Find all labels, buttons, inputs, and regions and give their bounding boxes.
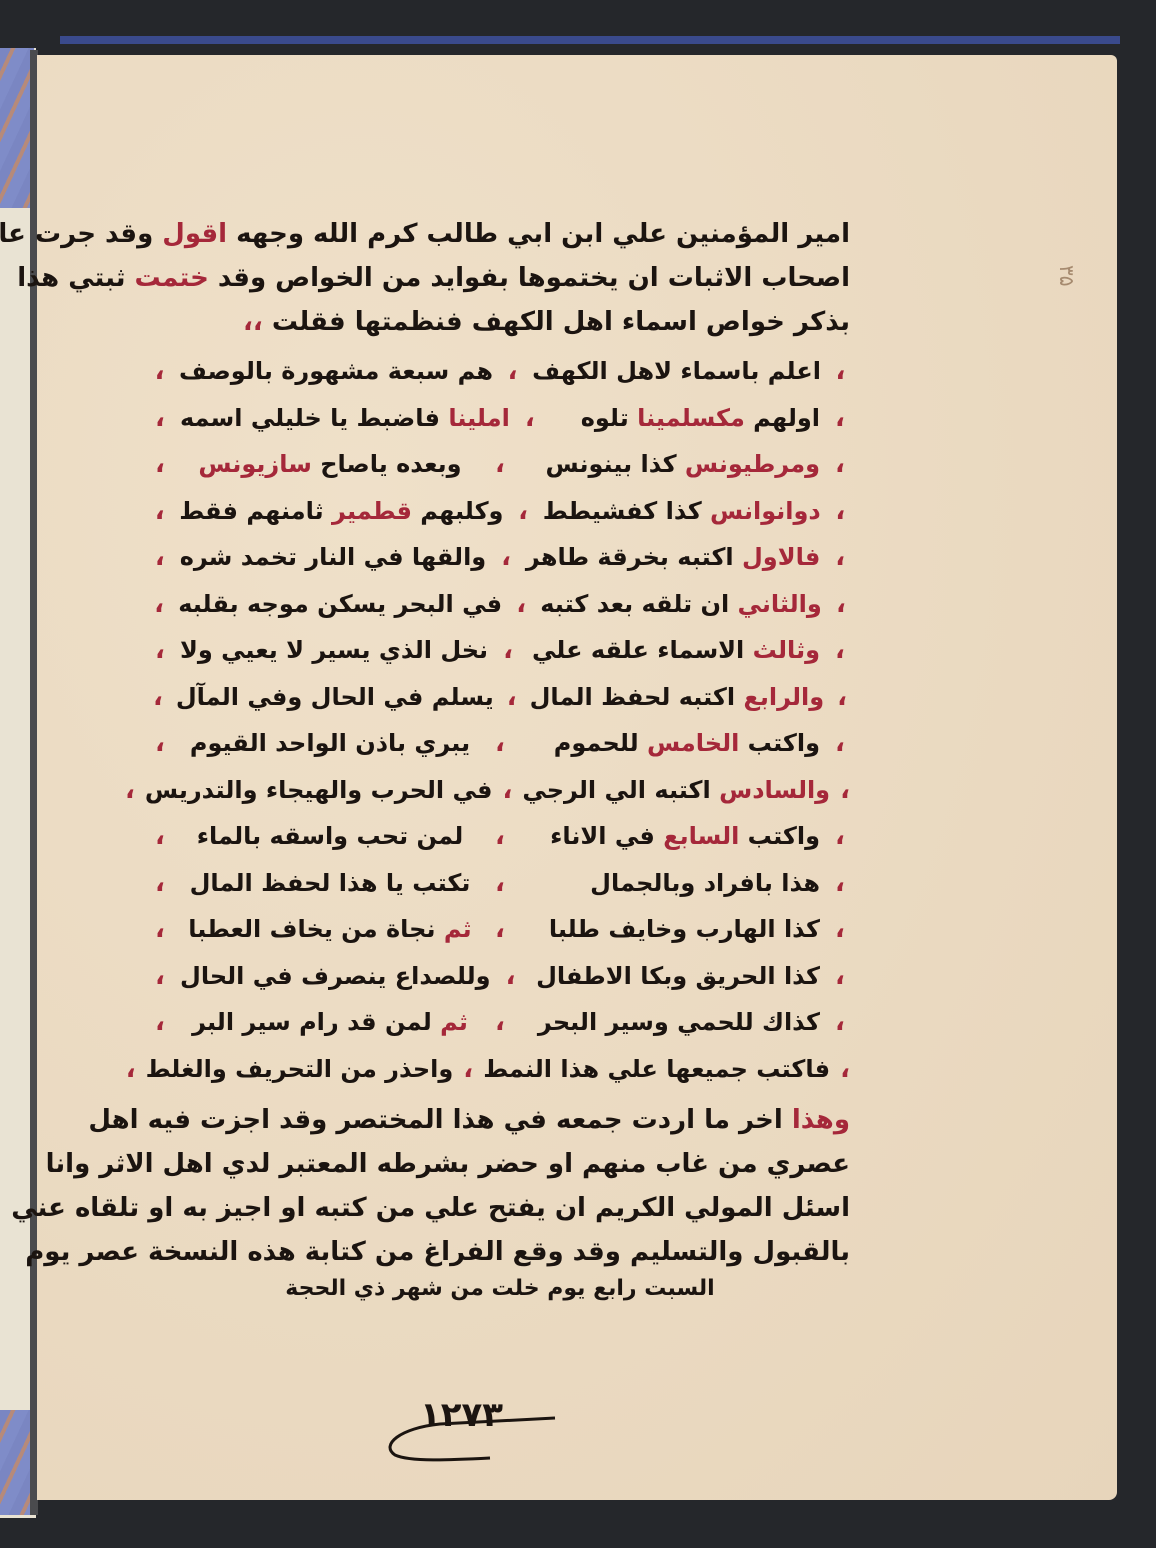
rubric: وثالث: [753, 636, 820, 664]
first-hemistich: اولهم مكسلمينا تلوه: [540, 404, 830, 432]
verse-marker-icon: ،: [832, 589, 850, 619]
second-hemistich: واحذر من التحريف والغلط: [136, 1055, 464, 1083]
second-hemistich: لمن تحب واسقه بالماء: [170, 822, 490, 850]
verse-marker-icon: ،: [126, 1054, 136, 1084]
closing-prose: وهذا اخر ما اردت جمعه في هذا المختصر وقد…: [150, 1098, 850, 1301]
verse-marker-icon: ،: [490, 728, 510, 758]
first-hemistich: وثالث الاسماء علقه علي: [518, 636, 830, 664]
first-hemistich: دوانوانس كذا كفشيطط: [533, 497, 831, 525]
rubric: والرابع: [743, 683, 824, 711]
marbled-board-top: [0, 48, 34, 208]
marbled-board-bottom: [0, 1410, 34, 1515]
verse-line: ،واكتب الخامس للحموم،يبري باذن الواحد ال…: [150, 720, 850, 767]
rubric: مكسلمينا: [637, 404, 745, 432]
verse-line: ،والرابع اكتبه لحفظ المال،يسلم في الحال …: [150, 674, 850, 721]
verse-marker-icon: ،: [490, 449, 510, 479]
rubric: السابع: [663, 822, 739, 850]
prose-line: بالقبول والتسليم وقد وقع الفراغ من كتابة…: [150, 1230, 850, 1274]
verse-marker-icon: ،: [496, 542, 516, 572]
verse-marker-icon: ،: [463, 1054, 473, 1084]
second-hemistich: والقها في النار تخمد شره: [170, 543, 497, 571]
rubric: فالاول: [742, 543, 820, 571]
rubric: دوانوانس: [710, 497, 821, 525]
rubric: اقول: [162, 219, 227, 249]
verse-marker-icon: ،: [830, 868, 850, 898]
verse-marker-icon: ،: [830, 728, 850, 758]
colophon: السبت رابع يوم خلت من شهر ذي الحجة: [150, 1276, 850, 1301]
first-hemistich: فالاول اكتبه بخرقة طاهر: [516, 543, 830, 571]
verse-line: ،كذا الهارب وخايف طلبا،ثم نجاة من يخاف ا…: [150, 906, 850, 953]
second-hemistich: يبري باذن الواحد القيوم: [170, 729, 490, 757]
verse-line: ،اولهم مكسلمينا تلوه،املينا فاضبط يا خلي…: [150, 395, 850, 442]
verse-marker-icon: ،: [830, 542, 850, 572]
second-hemistich: ثم نجاة من يخاف العطبا: [170, 915, 490, 943]
rubric: وهذا: [792, 1105, 850, 1135]
verse-marker-icon: ،: [830, 635, 850, 665]
verse-marker-icon: ،: [490, 821, 510, 851]
first-hemistich: والثاني ان تلقه بعد كتبه: [530, 590, 832, 618]
verse-marker-icon: ،: [503, 356, 522, 386]
prose-line: اصحاب الاثبات ان يختموها بفوايد من الخوا…: [150, 256, 850, 300]
verse-marker-icon: ،: [504, 682, 520, 712]
verse-marker-icon: ،: [150, 635, 170, 665]
first-hemistich: هذا بافراد وبالجمال: [510, 869, 830, 897]
second-hemistich: وكلبهم قطمير ثامنهم فقط: [169, 497, 513, 525]
verse-line: ،اعلم باسماء لاهل الكهف،هم سبعة مشهورة ب…: [150, 348, 850, 395]
second-hemistich: هم سبعة مشهورة بالوصف: [169, 357, 503, 385]
second-hemistich: في البحر يسكن موجه بقلبه: [168, 590, 512, 618]
first-hemistich: كذا الحريق وبكا الاطفال: [521, 962, 830, 990]
first-hemistich: واكتب السابع في الاناء: [510, 822, 830, 850]
first-hemistich: والسادس اكتبه الي الرجي: [512, 776, 840, 804]
verse-marker-icon: ،: [490, 868, 510, 898]
verse-marker-icon: ،: [830, 821, 850, 851]
verse-marker-icon: ،: [150, 449, 170, 479]
verse-marker-icon: ،: [150, 961, 170, 991]
verse-line: ،دوانوانس كذا كفشيطط،وكلبهم قطمير ثامنهم…: [150, 488, 850, 535]
rubric: والثاني: [738, 590, 822, 618]
rubric: ثم: [440, 1008, 468, 1036]
second-hemistich: في الحرب والهيجاء والتدريس: [135, 776, 503, 804]
prose-line: وهذا اخر ما اردت جمعه في هذا المختصر وقد…: [150, 1098, 850, 1142]
second-hemistich: وللصداع ينصرف في الحال: [170, 962, 501, 990]
verse-marker-icon: ،: [125, 775, 135, 805]
first-hemistich: ومرطيونس كذا بينونس: [510, 450, 830, 478]
first-hemistich: فاكتب جميعها علي هذا النمط: [473, 1055, 840, 1083]
rubric: والسادس: [719, 776, 830, 804]
verse-marker-icon: ،: [501, 961, 521, 991]
folio-number: ۳۵: [1055, 265, 1079, 286]
verse-marker-icon: ،: [150, 1007, 170, 1037]
first-hemistich: كذا الهارب وخايف طلبا: [510, 915, 830, 943]
verse-marker-icon: ،: [150, 403, 170, 433]
verse-marker-icon: ،: [150, 589, 168, 619]
rubric: ثم: [444, 915, 472, 943]
second-hemistich: يسلم في الحال وفي المآل: [166, 683, 504, 711]
verse-line: ،ومرطيونس كذا بينونس،وبعده ياصاح سازيونس…: [150, 441, 850, 488]
first-hemistich: واكتب الخامس للحموم: [510, 729, 830, 757]
verse-marker-icon: ،: [831, 496, 850, 526]
verse-marker-icon: ،: [150, 496, 169, 526]
first-hemistich: والرابع اكتبه لحفظ المال: [520, 683, 835, 711]
prose-line: بذكر خواص اسماء اهل الكهف فنظمتها فقلت ،…: [150, 300, 850, 344]
verse-marker-icon: ،: [150, 542, 170, 572]
verse-line: ،وثالث الاسماء علقه علي،نخل الذي يسير لا…: [150, 627, 850, 674]
verse-marker-icon: ،: [150, 868, 170, 898]
verse-marker-icon: ،: [830, 914, 850, 944]
first-hemistich: كذاك للحمي وسير البحر: [510, 1008, 830, 1036]
verse-marker-icon: ،: [150, 821, 170, 851]
verse-line: ،والثاني ان تلقه بعد كتبه،في البحر يسكن …: [150, 581, 850, 628]
rubric: املينا: [448, 404, 510, 432]
prose-line: عصري من غاب منهم او حضر بشرطه المعتبر لد…: [150, 1142, 850, 1186]
second-hemistich: وبعده ياصاح سازيونس: [170, 450, 490, 478]
second-hemistich: تكتب يا هذا لحفظ المال: [170, 869, 490, 897]
verse-marker-icon: ،: [830, 449, 850, 479]
verse-marker-icon: ،: [512, 589, 530, 619]
verse-marker-icon: ،: [490, 1007, 510, 1037]
verse-marker-icon: ،: [840, 775, 850, 805]
verse-line: ،واكتب السابع في الاناء،لمن تحب واسقه با…: [150, 813, 850, 860]
second-hemistich: املينا فاضبط يا خليلي اسمه: [170, 404, 520, 432]
verse-line: ،والسادس اكتبه الي الرجي،في الحرب والهيج…: [150, 767, 850, 814]
verse-marker-icon: ،: [498, 635, 518, 665]
manuscript-text: امير المؤمنين علي ابن ابي طالب كرم الله …: [150, 212, 850, 1301]
binding-edge: [60, 36, 1120, 44]
intro-prose: امير المؤمنين علي ابن ابي طالب كرم الله …: [150, 212, 850, 344]
verse-marker-icon: ،: [834, 682, 850, 712]
rubric: ختمت: [135, 263, 209, 293]
verse-marker-icon: ،: [830, 1007, 850, 1037]
verse-marker-icon: ،: [513, 496, 532, 526]
prose-line: اسئل المولي الكريم ان يفتح علي من كتبه ا…: [150, 1186, 850, 1230]
poem: ،اعلم باسماء لاهل الكهف،هم سبعة مشهورة ب…: [150, 348, 850, 1092]
verse-marker-icon: ،: [840, 1054, 850, 1084]
rubric: سازيونس: [198, 450, 311, 478]
signature-flourish: [380, 1400, 580, 1470]
verse-marker-icon: ،: [520, 403, 540, 433]
verse-marker-icon: ،: [150, 356, 169, 386]
verse-line: ،هذا بافراد وبالجمال،تكتب يا هذا لحفظ ال…: [150, 860, 850, 907]
rubric: ،،: [243, 307, 272, 337]
verse-marker-icon: ،: [831, 356, 850, 386]
rubric: ومرطيونس: [685, 450, 820, 478]
rubric: الخامس: [647, 729, 739, 757]
verse-line: ،فالاول اكتبه بخرقة طاهر،والقها في النار…: [150, 534, 850, 581]
verse-line: ،كذا الحريق وبكا الاطفال،وللصداع ينصرف ف…: [150, 953, 850, 1000]
verse-line: ،كذاك للحمي وسير البحر،ثم لمن قد رام سير…: [150, 999, 850, 1046]
second-hemistich: ثم لمن قد رام سير البر: [170, 1008, 490, 1036]
verse-line: ،فاكتب جميعها علي هذا النمط،واحذر من الت…: [150, 1046, 850, 1093]
verse-marker-icon: ،: [830, 961, 850, 991]
second-hemistich: نخل الذي يسير لا يعيي ولا: [170, 636, 498, 664]
verse-marker-icon: ،: [490, 914, 510, 944]
verse-marker-icon: ،: [150, 728, 170, 758]
verse-marker-icon: ،: [150, 682, 166, 712]
verse-marker-icon: ،: [150, 914, 170, 944]
first-hemistich: اعلم باسماء لاهل الكهف: [522, 357, 831, 385]
verse-marker-icon: ،: [503, 775, 513, 805]
rubric: قطمير: [332, 497, 412, 525]
prose-line: امير المؤمنين علي ابن ابي طالب كرم الله …: [150, 212, 850, 256]
verse-marker-icon: ،: [830, 403, 850, 433]
